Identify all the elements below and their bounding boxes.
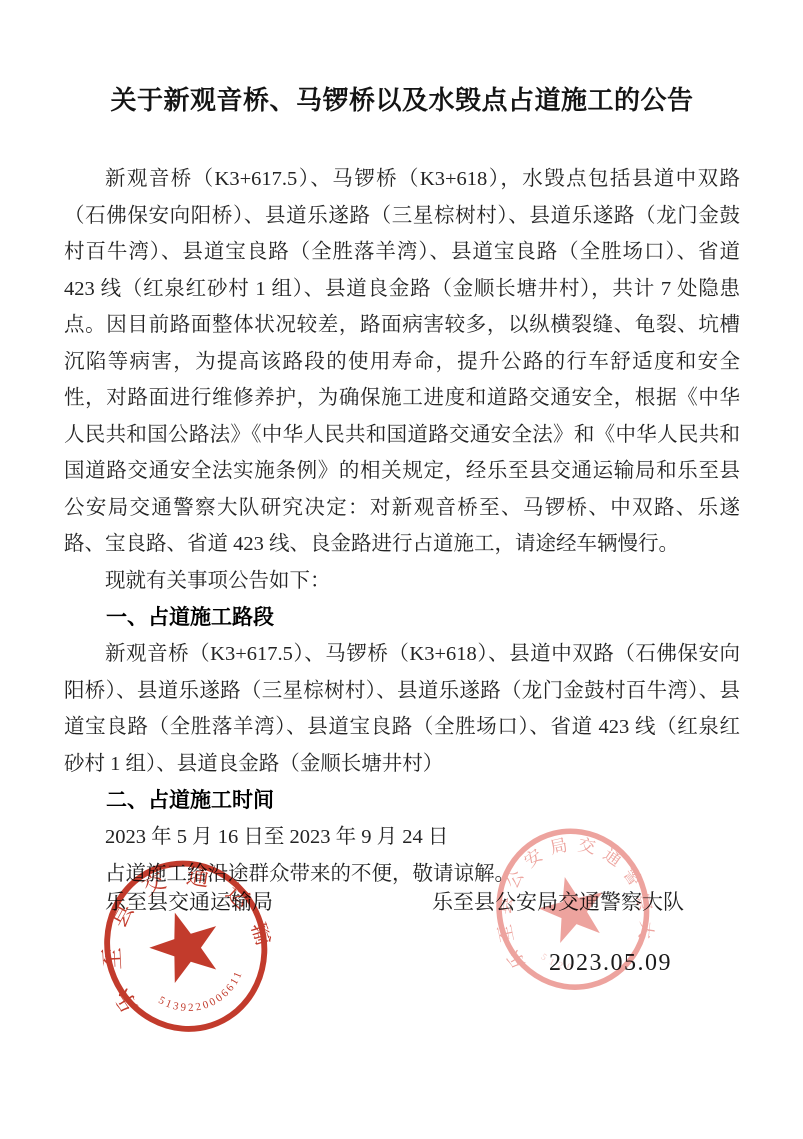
section2-body: 2023 年 5 月 16 日至 2023 年 9 月 24 日 [64, 819, 740, 856]
section2-heading: 二、占道施工时间 [64, 782, 740, 819]
signature-right-org: 乐至县公安局交通警察大队 [432, 886, 684, 916]
intro-paragraph: 新观音桥（K3+617.5）、马锣桥（K3+618），水毁点包括县道中双路（石佛… [64, 161, 740, 563]
signature-date: 2023.05.09 [549, 950, 672, 977]
section1-body: 新观音桥（K3+617.5）、马锣桥（K3+618）、县道中双路（石佛保安向阳桥… [64, 636, 740, 782]
section1-heading: 一、占道施工路段 [64, 599, 740, 636]
document-title: 关于新观音桥、马锣桥以及水毁点占道施工的公告 [64, 80, 740, 117]
document-content: 关于新观音桥、马锣桥以及水毁点占道施工的公告 新观音桥（K3+617.5）、马锣… [64, 0, 740, 892]
document-page: 关于新观音桥、马锣桥以及水毁点占道施工的公告 新观音桥（K3+617.5）、马锣… [0, 0, 803, 1139]
announce-lead: 现就有关事项公告如下： [64, 563, 740, 600]
seal-number: 5139220006611 [153, 966, 252, 1025]
signature-left-org: 乐至县交通运输局 [105, 886, 273, 916]
